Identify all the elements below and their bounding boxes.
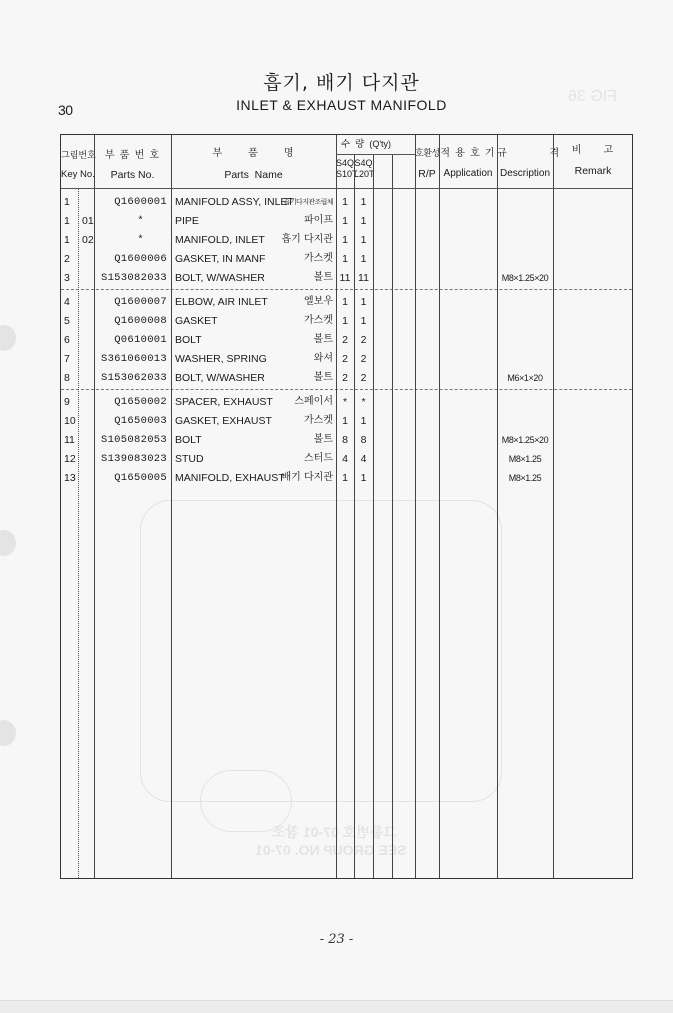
column-divider (439, 135, 440, 878)
part-name-ko: 가스켓 (171, 253, 333, 265)
qty-l20t: 1 (354, 253, 373, 265)
header-qty-col1-model: S4Q (336, 158, 354, 169)
part-number: S105082053 (94, 434, 171, 446)
header-parts-no-en: Parts No. (94, 169, 171, 181)
qty-s10t: 1 (336, 415, 354, 427)
column-divider (415, 135, 416, 878)
binder-hole (0, 720, 16, 746)
qty-s10t: 11 (336, 272, 354, 284)
qty-l20t: 11 (354, 272, 373, 284)
key-no: 1 (64, 234, 70, 246)
description: M8×1.25 (497, 472, 553, 484)
header-parts-no-ko: 부 품 번 호 (94, 150, 171, 162)
parts-table: 그림번호 Key No. 부 품 번 호 Parts No. 부 품 명 Par… (60, 134, 633, 879)
part-number: Q1650002 (94, 396, 171, 408)
page-number-footer: - 23 - (0, 932, 673, 947)
part-number: Q1650005 (94, 472, 171, 484)
part-number: Q1650003 (94, 415, 171, 427)
part-number: Q1600006 (94, 253, 171, 265)
part-name-ko: 스페이서 (171, 396, 333, 408)
qty-s10t: 1 (336, 472, 354, 484)
header-qty-col1: S4Q S10T (336, 158, 354, 180)
key-no: 4 (64, 296, 70, 308)
part-name-ko: 스터드 (171, 453, 333, 465)
column-divider (553, 135, 554, 878)
header-remark-ko: 비 고 (553, 145, 633, 157)
group-divider (61, 389, 632, 390)
qty-l20t: 1 (354, 296, 373, 308)
part-number: S139083023 (94, 453, 171, 465)
header-qty-col2: S4Q L20T (354, 158, 373, 180)
header-qty-col2-variant: L20T (354, 169, 373, 180)
column-divider (373, 154, 374, 878)
key-no: 1 (64, 196, 70, 208)
column-divider (94, 135, 95, 878)
key-no: 10 (64, 415, 76, 427)
part-name-ko: 흡기다지관조립체 (171, 196, 333, 208)
qty-s10t: 2 (336, 334, 354, 346)
part-name-ko: 볼트 (171, 334, 333, 346)
qty-l20t: 1 (354, 472, 373, 484)
qty-l20t: 1 (354, 196, 373, 208)
qty-l20t: 8 (354, 434, 373, 446)
qty-s10t: 1 (336, 196, 354, 208)
part-name-ko: 파이프 (171, 215, 333, 227)
sub-no: 02 (82, 234, 94, 246)
column-divider (392, 154, 393, 878)
qty-header-divider (336, 154, 415, 155)
qty-l20t: 2 (354, 372, 373, 384)
key-no: 8 (64, 372, 70, 384)
header-application-en: Application (439, 168, 497, 180)
header-parts-name-ko: 부 품 명 (171, 148, 336, 160)
part-number: S361060013 (94, 353, 171, 365)
part-name-ko: 볼트 (171, 272, 333, 284)
header-key-no-en: Key No. (61, 169, 94, 181)
qty-s10t: 1 (336, 234, 354, 246)
header-description-ko: 규 격 (497, 148, 553, 160)
key-no: 3 (64, 272, 70, 284)
header-rp-en: R/P (415, 168, 439, 180)
header-qty-col2-model: S4Q (354, 158, 373, 169)
column-divider (354, 154, 355, 878)
qty-l20t: 4 (354, 453, 373, 465)
part-name-ko: 가스켓 (171, 315, 333, 327)
part-name-ko: 볼트 (171, 372, 333, 384)
header-qty-ko: 수 량 (341, 139, 365, 150)
qty-s10t: 1 (336, 253, 354, 265)
description: M8×1.25 (497, 453, 553, 465)
binder-hole (0, 325, 16, 351)
part-number: S153082033 (94, 272, 171, 284)
header-rp-ko: 호환성 (415, 148, 439, 160)
part-number: Q0610001 (94, 334, 171, 346)
group-divider (61, 289, 632, 290)
qty-l20t: 1 (354, 315, 373, 327)
part-number: Q1600001 (94, 196, 171, 208)
key-no: 11 (64, 434, 75, 446)
description: M6×1×20 (497, 372, 553, 384)
header-remark-en: Remark (553, 165, 633, 177)
part-number: Q1600008 (94, 315, 171, 327)
qty-l20t: 2 (354, 353, 373, 365)
key-no: 6 (64, 334, 70, 346)
part-number: * (94, 234, 171, 246)
header-divider (61, 188, 632, 189)
part-number: Q1600007 (94, 296, 171, 308)
qty-l20t: 1 (354, 215, 373, 227)
qty-s10t: 2 (336, 353, 354, 365)
qty-l20t: 1 (354, 234, 373, 246)
qty-s10t: 8 (336, 434, 354, 446)
key-no: 1 (64, 215, 70, 227)
part-name-ko: 배기 다지관 (171, 472, 333, 484)
column-divider (78, 188, 79, 878)
description: M8×1.25×20 (497, 272, 553, 284)
qty-s10t: 1 (336, 296, 354, 308)
key-no: 5 (64, 315, 70, 327)
part-name-ko: 볼트 (171, 434, 333, 446)
column-divider (336, 135, 337, 878)
key-no: 13 (64, 472, 76, 484)
header-parts-name-en: Parts Name (171, 169, 336, 181)
binder-hole (0, 530, 16, 556)
page-title-korean: 흡기, 배기 다지관 (0, 68, 673, 95)
key-no: 9 (64, 396, 70, 408)
column-divider (497, 135, 498, 878)
qty-l20t: * (354, 396, 373, 408)
key-no: 12 (64, 453, 76, 465)
part-name-ko: 가스켓 (171, 415, 333, 427)
header-qty: 수 량 (Q'ty) (336, 138, 396, 151)
qty-s10t: * (336, 396, 354, 408)
qty-l20t: 1 (354, 415, 373, 427)
description: M8×1.25×20 (497, 434, 553, 446)
part-name-ko: 와셔 (171, 353, 333, 365)
qty-s10t: 1 (336, 215, 354, 227)
scan-bottom-edge (0, 1000, 673, 1013)
part-number: * (94, 215, 171, 227)
key-no: 2 (64, 253, 70, 265)
column-divider (171, 135, 172, 878)
header-key-no-ko: 그림번호 (61, 150, 94, 162)
header-application-ko: 적 용 호 기 (439, 148, 497, 160)
key-no: 7 (64, 353, 70, 365)
part-number: S153062033 (94, 372, 171, 384)
header-qty-col1-variant: S10T (336, 169, 354, 180)
header-qty-en: (Q'ty) (369, 139, 391, 149)
qty-s10t: 4 (336, 453, 354, 465)
qty-l20t: 2 (354, 334, 373, 346)
page-title-english: INLET & EXHAUST MANIFOLD (0, 97, 673, 113)
qty-s10t: 2 (336, 372, 354, 384)
part-name-ko: 엘보우 (171, 296, 333, 308)
part-name-ko: 흡기 다지관 (171, 234, 333, 246)
qty-s10t: 1 (336, 315, 354, 327)
sub-no: 01 (82, 215, 94, 227)
header-description-en: Description (497, 168, 553, 180)
